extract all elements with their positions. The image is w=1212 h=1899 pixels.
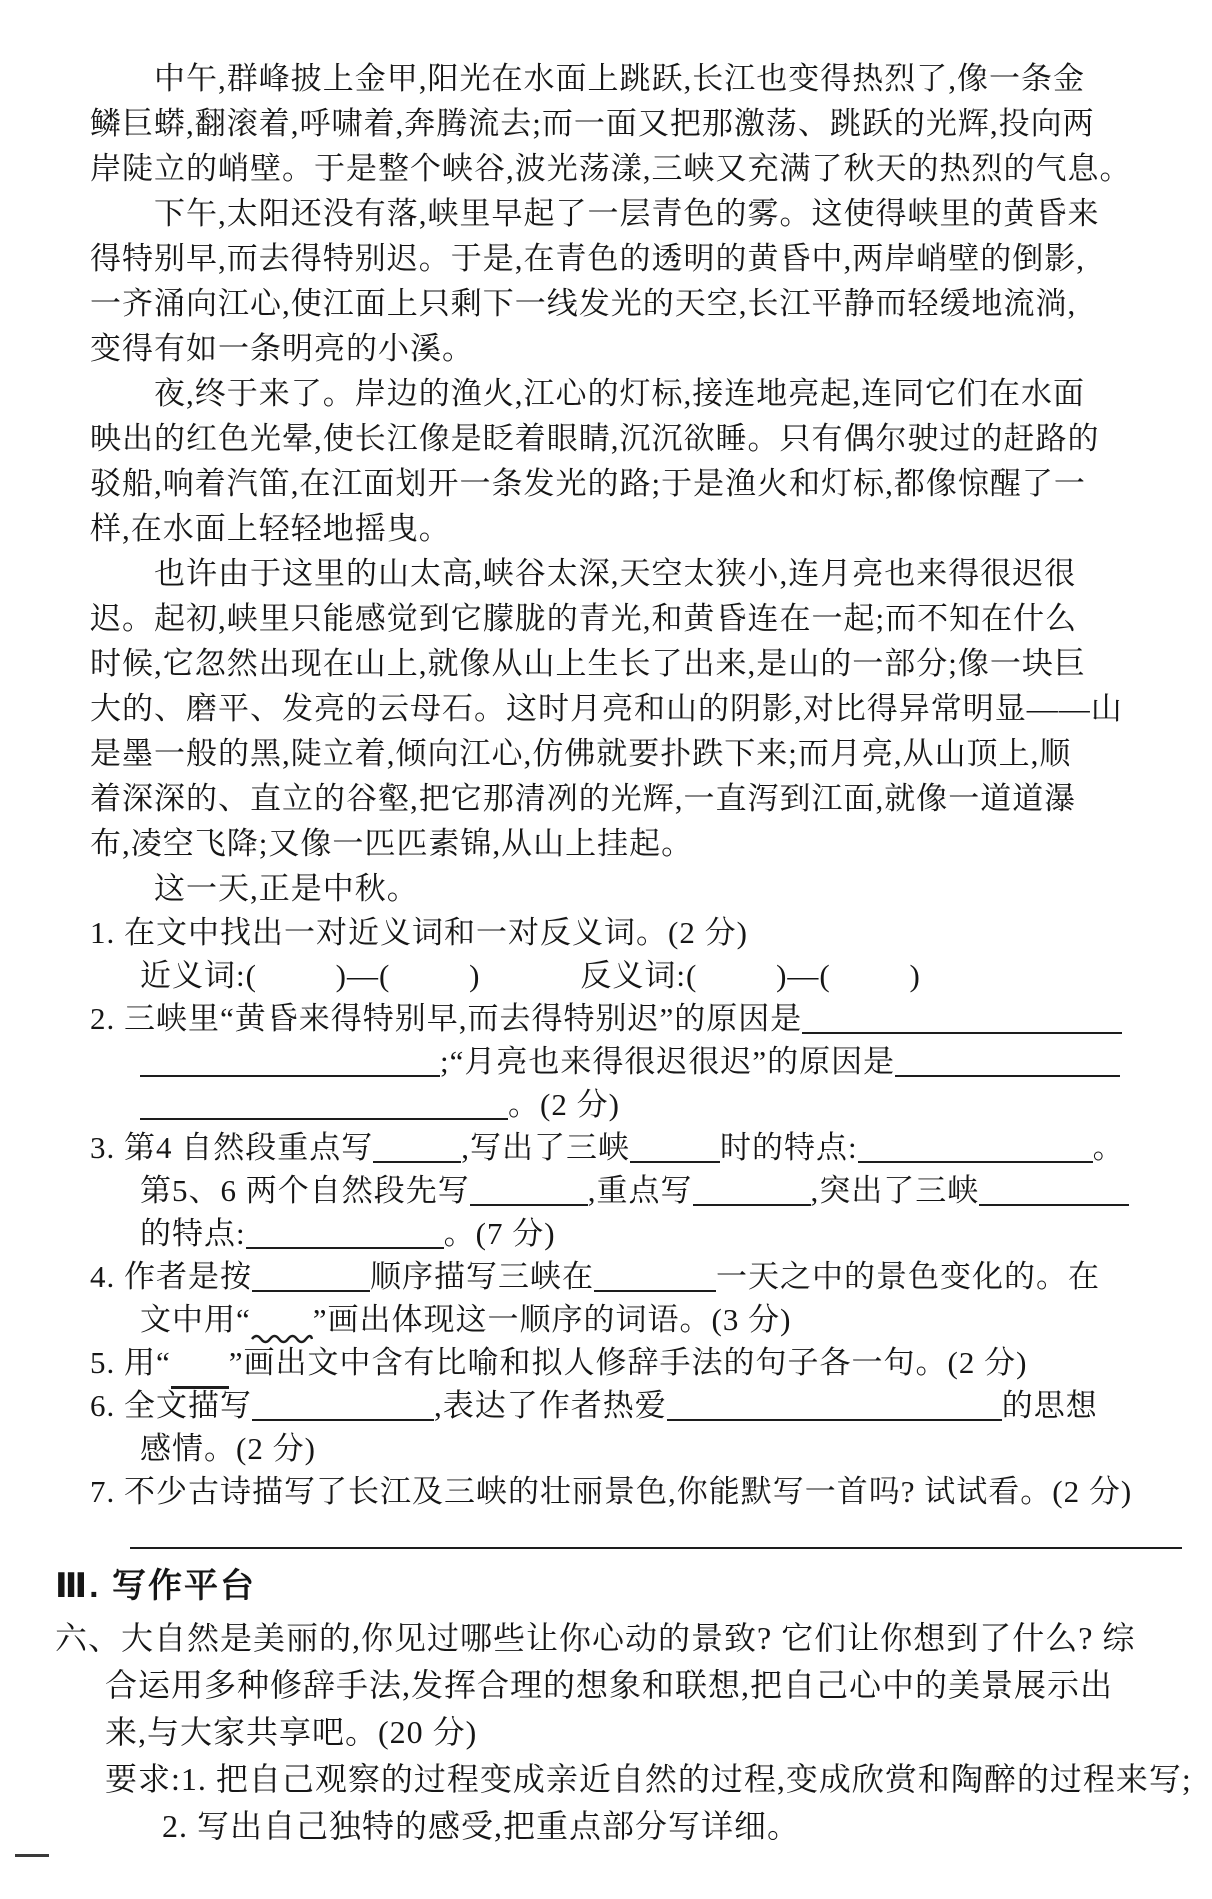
passage-line: 夜,终于来了。岸边的渔火,江心的灯标,接连地亮起,连同它们在水面	[90, 371, 1182, 416]
question-5: 5. 用“”画出文中含有比喻和拟人修辞手法的句子各一句。(2 分)	[90, 1341, 1182, 1384]
question-line: 2. 三峡里“黄昏来得特别早,而去得特别迟”的原因是	[90, 997, 1182, 1040]
passage-line: 迟。起初,峡里只能感觉到它朦胧的青光,和黄昏连在一起;而不知在什么	[90, 596, 1182, 641]
question-3: 3. 第4 自然段重点写,写出了三峡时的特点:。 第5、6 两个自然段先写,重点…	[90, 1126, 1182, 1255]
question-line: 文中用“”画出体现这一顺序的词语。(3 分)	[90, 1298, 1182, 1341]
passage-line: 映出的红色光晕,使长江像是眨着眼睛,沉沉欲睡。只有偶尔驶过的赶路的	[90, 416, 1182, 461]
essay-line: 2. 写出自己独特的感受,把重点部分写详细。	[162, 1803, 1182, 1850]
essay-line: 来,与大家共享吧。(20 分)	[105, 1709, 1182, 1756]
answer-blank	[470, 1194, 588, 1206]
passage-line: 样,在水面上轻轻地摇曳。	[90, 506, 1182, 551]
question-line: 感情。(2 分)	[90, 1427, 1182, 1470]
question-2: 2. 三峡里“黄昏来得特别早,而去得特别迟”的原因是 ;“月亮也来得很迟很迟”的…	[90, 997, 1182, 1126]
question-line: 近义词:( )—( )反义词:( )—( )	[90, 954, 1182, 997]
passage-line: 大的、磨平、发亮的云母石。这时月亮和山的阴影,对比得异常明显——山	[90, 686, 1182, 731]
question-1: 1. 在文中找出一对近义词和一对反义词。(2 分) 近义词:( )—( )反义词…	[90, 911, 1182, 997]
question-line: 5. 用“”画出文中含有比喻和拟人修辞手法的句子各一句。(2 分)	[90, 1341, 1182, 1384]
question-line: 7. 不少古诗描写了长江及三峡的壮丽景色,你能默写一首吗? 试试看。(2 分)	[90, 1470, 1182, 1513]
passage-line: 是墨一般的黑,陡立着,倾向江心,仿佛就要扑跌下来;而月亮,从山顶上,顺	[90, 731, 1182, 776]
essay-question: 六、大自然是美丽的,你见过哪些让你心动的景致? 它们让你想到了什么? 综 合运用…	[90, 1615, 1182, 1850]
essay-line: 合运用多种修辞手法,发挥合理的想象和联想,把自己心中的美景展示出	[105, 1662, 1182, 1709]
question-line: 。(2 分)	[90, 1083, 1182, 1126]
passage-line: 驳船,响着汽笛,在江面划开一条发光的路;于是渔火和灯标,都像惊醒了一	[90, 461, 1182, 506]
passage-line: 中午,群峰披上金甲,阳光在水面上跳跃,长江也变得热烈了,像一条金	[90, 56, 1182, 101]
reading-passage: 中午,群峰披上金甲,阳光在水面上跳跃,长江也变得热烈了,像一条金 鳞巨蟒,翻滚着…	[90, 56, 1182, 911]
answer-blank	[252, 1280, 370, 1292]
passage-line: 布,凌空飞降;又像一匹匹素锦,从山上挂起。	[90, 821, 1182, 866]
answer-blank	[858, 1151, 1093, 1163]
passage-line: 岸陡立的峭壁。于是整个峡谷,波光荡漾,三峡又充满了秋天的热烈的气息。	[90, 146, 1182, 191]
passage-line: 一齐涌向江心,使江面上只剩下一线发光的天空,长江平静而轻缓地流淌,	[90, 281, 1182, 326]
answer-blank	[594, 1280, 716, 1292]
passage-line: 变得有如一条明亮的小溪。	[90, 326, 1182, 371]
passage-line: 得特别早,而去得特别迟。于是,在青色的透明的黄昏中,两岸峭壁的倒影,	[90, 236, 1182, 281]
question-6: 6. 全文描写,表达了作者热爱的思想 感情。(2 分)	[90, 1384, 1182, 1470]
answer-blank	[693, 1194, 811, 1206]
passage-line: 时候,它忽然出现在山上,就像从山上生长了出来,是山的一部分;像一块巨	[90, 641, 1182, 686]
passage-line: 也许由于这里的山太高,峡谷太深,天空太狭小,连月亮也来得很迟很	[90, 551, 1182, 596]
question-line: 4. 作者是按顺序描写三峡在一天之中的景色变化的。在	[90, 1255, 1182, 1298]
antonym-label: 反义词:( )—( )	[580, 958, 920, 993]
synonym-label: 近义词:( )—( )	[140, 958, 480, 993]
section-divider	[130, 1547, 1182, 1549]
answer-blank	[667, 1409, 1002, 1421]
passage-line: 这一天,正是中秋。	[90, 866, 1182, 911]
answer-blank	[802, 1022, 1122, 1034]
reading-questions: 1. 在文中找出一对近义词和一对反义词。(2 分) 近义词:( )—( )反义词…	[90, 911, 1182, 1513]
answer-blank	[979, 1194, 1129, 1206]
question-4: 4. 作者是按顺序描写三峡在一天之中的景色变化的。在 文中用“”画出体现这一顺序…	[90, 1255, 1182, 1341]
answer-blank	[252, 1409, 434, 1421]
answer-blank	[373, 1151, 461, 1163]
page-corner-mark	[15, 1854, 49, 1857]
question-line: ;“月亮也来得很迟很迟”的原因是	[90, 1040, 1182, 1083]
essay-line: 要求:1. 把自己观察的过程变成亲近自然的过程,变成欣赏和陶醉的过程来写;	[105, 1756, 1182, 1803]
test-paper-page: 中午,群峰披上金甲,阳光在水面上跳跃,长江也变得热烈了,像一条金 鳞巨蟒,翻滚着…	[0, 0, 1212, 1899]
question-line: 6. 全文描写,表达了作者热爱的思想	[90, 1384, 1182, 1427]
passage-line: 下午,太阳还没有落,峡里早起了一层青色的雾。这使得峡里的黄昏来	[90, 191, 1182, 236]
essay-line: 六、大自然是美丽的,你见过哪些让你心动的景致? 它们让你想到了什么? 综	[55, 1615, 1182, 1662]
question-line: 3. 第4 自然段重点写,写出了三峡时的特点:。	[90, 1126, 1182, 1169]
section-heading: Ⅲ. 写作平台	[55, 1561, 1182, 1611]
answer-blank	[246, 1237, 444, 1249]
answer-blank	[140, 1065, 440, 1077]
answer-blank	[140, 1108, 508, 1120]
question-line: 1. 在文中找出一对近义词和一对反义词。(2 分)	[90, 911, 1182, 954]
answer-blank	[630, 1151, 720, 1163]
answer-blank	[895, 1065, 1120, 1077]
question-line: 的特点:。(7 分)	[90, 1212, 1182, 1255]
passage-line: 鳞巨蟒,翻滚着,呼啸着,奔腾流去;而一面又把那激荡、跳跃的光辉,投向两	[90, 101, 1182, 146]
passage-line: 着深深的、直立的谷壑,把它那清冽的光辉,一直泻到江面,就像一道道瀑	[90, 776, 1182, 821]
question-7: 7. 不少古诗描写了长江及三峡的壮丽景色,你能默写一首吗? 试试看。(2 分)	[90, 1470, 1182, 1513]
question-line: 第5、6 两个自然段先写,重点写,突出了三峡	[90, 1169, 1182, 1212]
